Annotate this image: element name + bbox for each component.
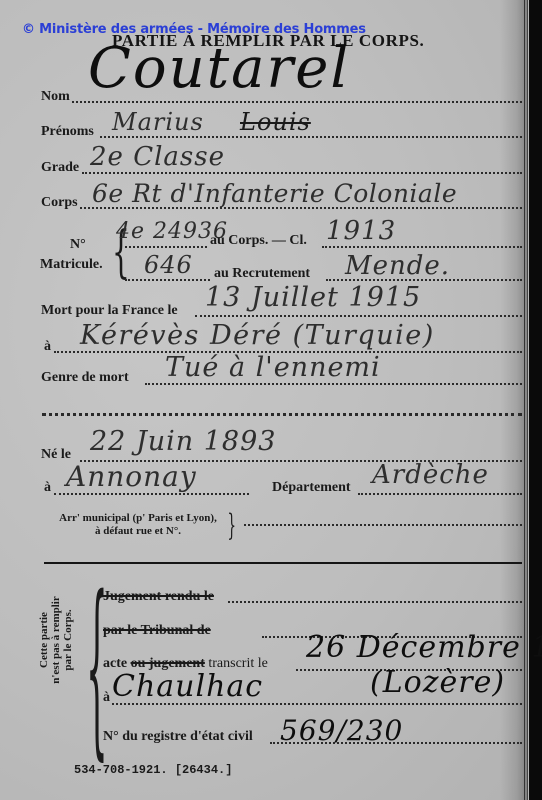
lieu-naissance-value: Annonay bbox=[66, 460, 197, 493]
jugement-label: Jugement rendu le bbox=[103, 589, 214, 605]
genre-de-mort-value: Tué à l'ennemi bbox=[165, 352, 381, 383]
lieu-deces-value: Kérévès Déré (Turquie) bbox=[80, 320, 435, 351]
lieu-naissance-line bbox=[54, 493, 249, 495]
copyright-watermark: © Ministère des armées - Mémoire des Hom… bbox=[22, 22, 366, 37]
prenoms-line bbox=[100, 136, 522, 138]
nom-label: Nom bbox=[41, 89, 70, 105]
lieu-deces-label: à bbox=[44, 339, 51, 355]
classe-line bbox=[322, 246, 522, 248]
mort-date-line bbox=[195, 315, 522, 317]
arrondissement-label-line2: à défaut rue et N°. bbox=[40, 525, 236, 538]
prenoms-label: Prénoms bbox=[41, 124, 94, 140]
transcription-lieu-value: Chaulhac bbox=[112, 669, 263, 704]
arrondissement-line bbox=[244, 524, 522, 526]
corps-label: Corps bbox=[41, 195, 78, 211]
grade-line bbox=[82, 172, 522, 174]
nom-value: Coutarel bbox=[88, 36, 350, 101]
matricule-recrutement-value: 646 bbox=[144, 251, 193, 279]
prenoms-value: Marius bbox=[112, 108, 204, 136]
side-note-line1: Cette partie bbox=[38, 580, 50, 700]
corps-value: 6e Rt d'Infanterie Coloniale bbox=[92, 179, 457, 208]
registre-value: 569/230 bbox=[280, 714, 403, 747]
scan-dark-edge bbox=[529, 0, 542, 800]
grade-label: Grade bbox=[41, 160, 79, 176]
arrondissement-label: Arr' municipal (p' Paris et Lyon), à déf… bbox=[40, 512, 236, 538]
matricule-corps-line bbox=[125, 246, 207, 248]
right-border-rule bbox=[527, 0, 528, 800]
matricule-label: Matricule. bbox=[40, 257, 103, 273]
mort-date-value: 13 Juillet 1915 bbox=[205, 282, 421, 313]
genre-de-mort-line bbox=[145, 383, 522, 385]
print-code: 534-708-1921. [26434.] bbox=[74, 763, 232, 777]
arrondissement-brace: { bbox=[227, 508, 236, 543]
departement-value: Ardèche bbox=[372, 460, 489, 490]
side-note-line3: par le Corps. bbox=[62, 580, 74, 700]
matricule-recrutement-line bbox=[125, 279, 210, 281]
mort-pour-la-france-label: Mort pour la France le bbox=[41, 303, 178, 319]
departement-label: Département bbox=[272, 480, 351, 496]
acte-value: 26 Décembre 1915 bbox=[306, 630, 542, 665]
jugement-line bbox=[228, 601, 522, 603]
prenoms-struck-value: Louis bbox=[240, 108, 311, 136]
genre-de-mort-label: Genre de mort bbox=[41, 370, 129, 386]
lieu-naissance-label: à bbox=[44, 480, 51, 496]
section-separator bbox=[42, 413, 522, 416]
matricule-corps-label: au Corps. — Cl. bbox=[210, 233, 307, 249]
section-separator-solid bbox=[44, 562, 522, 564]
recrutement-place-value: Mende. bbox=[345, 251, 450, 281]
side-note-line2: n'est pas à remplir bbox=[50, 580, 62, 700]
transcription-lieu-label: à bbox=[103, 690, 110, 706]
classe-value: 1913 bbox=[326, 216, 396, 246]
transcription-lieu-dept: (Lozère) bbox=[370, 665, 505, 700]
arrondissement-label-line1: Arr' municipal (p' Paris et Lyon), bbox=[40, 512, 236, 525]
departement-line bbox=[358, 493, 522, 495]
right-border-rule bbox=[524, 0, 525, 800]
matricule-no-label: N° bbox=[70, 237, 86, 253]
registre-label: N° du registre d'état civil bbox=[103, 729, 253, 745]
recrutement-label: au Recrutement bbox=[214, 266, 310, 282]
ne-le-value: 22 Juin 1893 bbox=[90, 426, 276, 457]
grade-value: 2e Classe bbox=[90, 142, 225, 172]
tribunal-label: par le Tribunal de bbox=[103, 623, 211, 639]
nom-line bbox=[72, 101, 522, 103]
